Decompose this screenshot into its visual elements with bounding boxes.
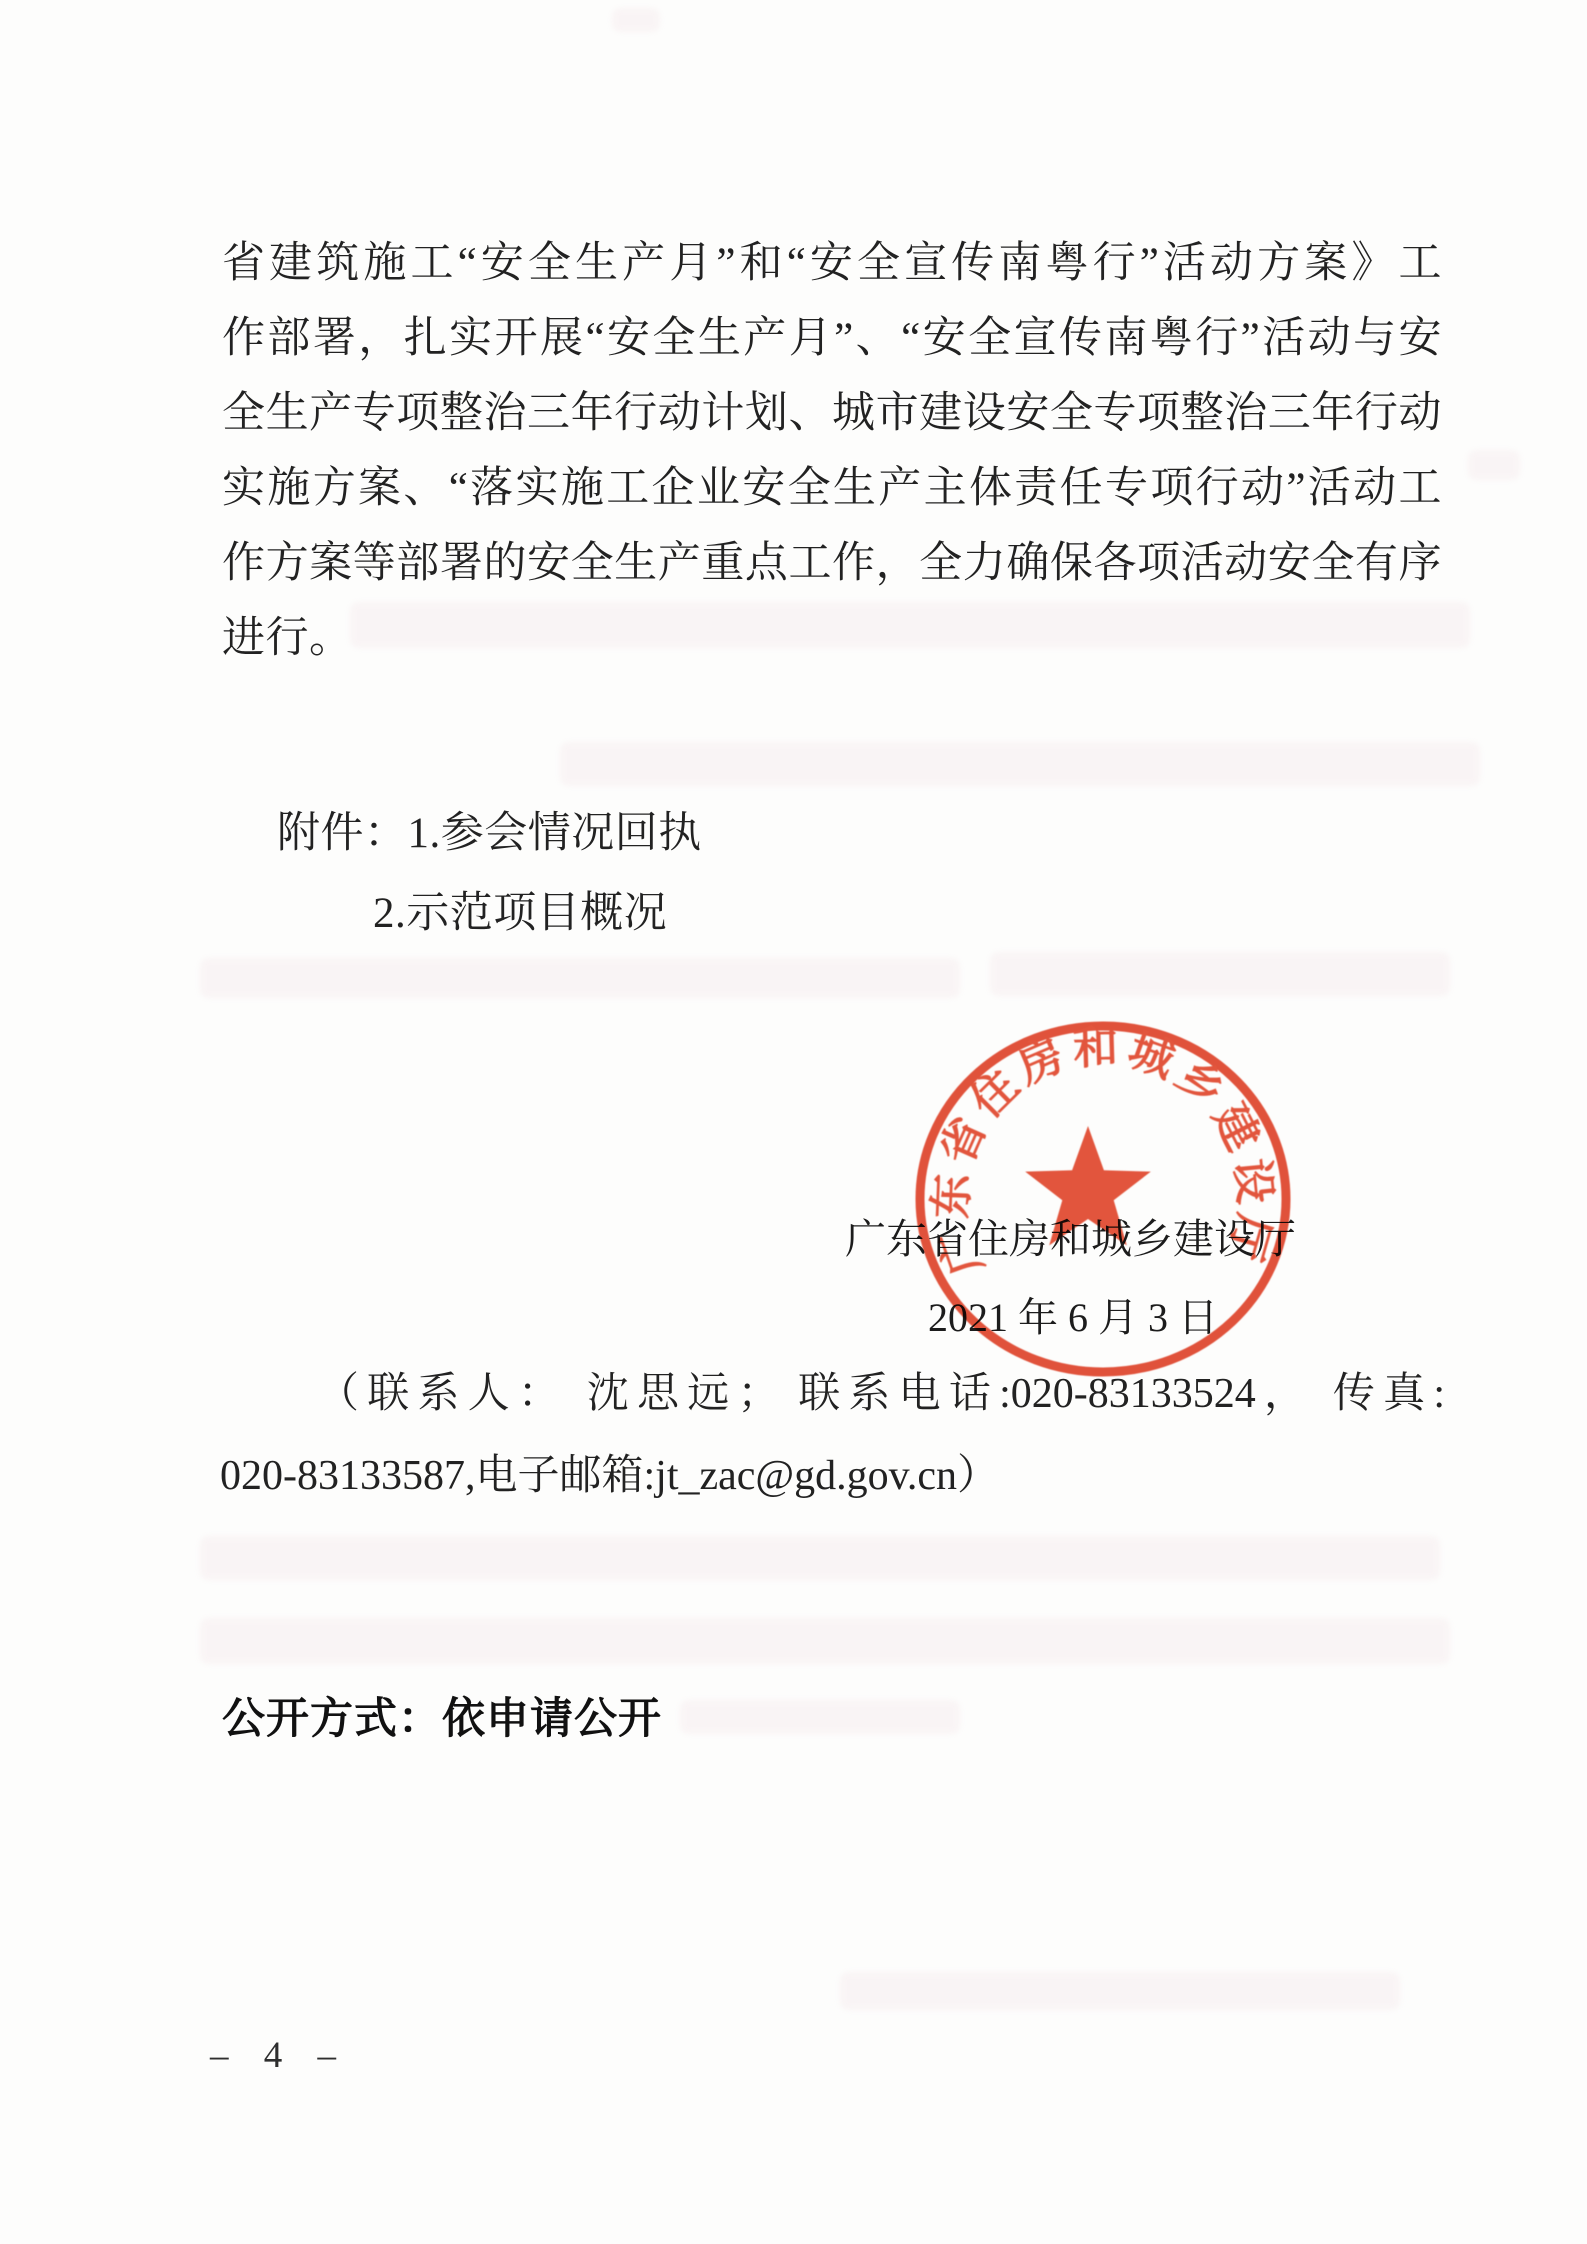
text-layer: 省建筑施工“安全生产月”和“安全宣传南粤行”活动方案》工 作部署，扎实开展“安全… [0, 0, 1587, 2244]
body-line: 作方案等部署的安全生产重点工作，全力确保各项活动安全有序 [222, 538, 1442, 590]
contact-line: （联系人： 沈思远； 联系电话:020-83133524， 传真: [317, 1368, 1445, 1420]
body-line: 进行。 [222, 613, 353, 665]
contact-line: 020-83133587,电子邮箱:jt_zac@gd.gov.cn） [220, 1450, 999, 1502]
body-line: 实施方案、“落实施工企业安全生产主体责任专项行动”活动工 [222, 463, 1442, 515]
attachment-line: 附件：1.参会情况回执 [277, 808, 702, 860]
attachment-item: 2.示范项目概况 [373, 890, 667, 937]
disclosure-note: 公开方式：依申请公开 [222, 1693, 662, 1745]
attachment-line: 2.示范项目概况 [373, 888, 667, 940]
attachment-item: 1.参会情况回执 [408, 810, 702, 857]
page-number: – 4 – [210, 2034, 349, 2077]
issuing-agency: 广东省住房和城乡建设厅 [845, 1214, 1296, 1264]
document-page: 省建筑施工“安全生产月”和“安全宣传南粤行”活动方案》工 作部署，扎实开展“安全… [0, 0, 1587, 2244]
body-line: 省建筑施工“安全生产月”和“安全宣传南粤行”活动方案》工 [222, 238, 1442, 290]
body-line: 全生产专项整治三年行动计划、城市建设安全专项整治三年行动 [222, 388, 1442, 440]
issue-date: 2021 年 6 月 3 日 [928, 1293, 1218, 1343]
attachment-label: 附件： [277, 810, 408, 857]
body-line: 作部署，扎实开展“安全生产月”、“安全宣传南粤行”活动与安 [222, 313, 1442, 365]
